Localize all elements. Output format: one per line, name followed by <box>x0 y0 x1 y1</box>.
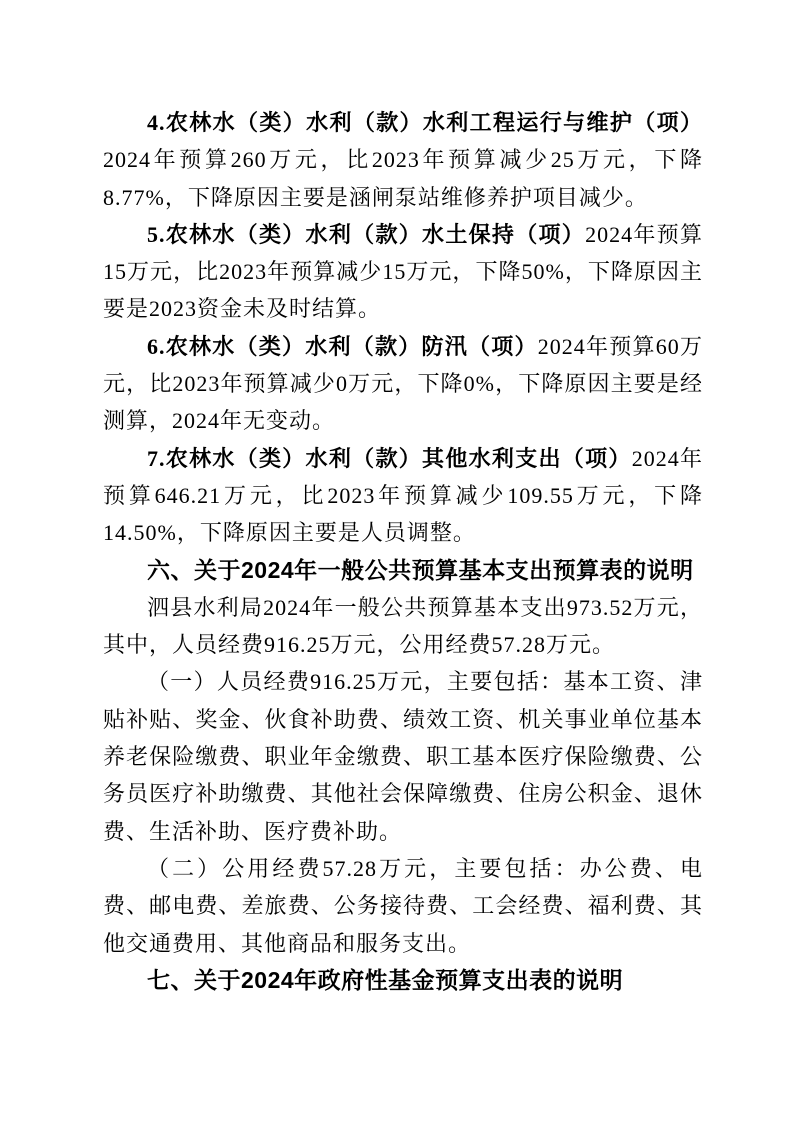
item-7-lead: 7.农林水（类）水利（款）其他水利支出（项） <box>147 446 632 471</box>
paragraph-public-funds: （二）公用经费57.28万元，主要包括：办公费、电费、邮电费、差旅费、公务接待费… <box>103 850 703 962</box>
document-page: 4.农林水（类）水利（款）水利工程运行与维护（项）2024年预算260万元，比2… <box>0 0 793 1122</box>
item-4-body: 2024年预算260万元，比2023年预算减少25万元，下降8.77%，下降原因… <box>103 147 703 209</box>
item-5-lead: 5.农林水（类）水利（款）水土保持（项） <box>147 222 585 247</box>
section-heading-six: 六、关于2024年一般公共预算基本支出预算表的说明 <box>103 552 703 589</box>
paragraph-basic-expenditure: 泗县水利局2024年一般公共预算基本支出973.52万元，其中，人员经费916.… <box>103 589 703 664</box>
item-4-lead: 4.农林水（类）水利（款）水利工程运行与维护（项） <box>147 110 703 135</box>
paragraph-item-5: 5.农林水（类）水利（款）水土保持（项）2024年预算15万元，比2023年预算… <box>103 216 703 328</box>
paragraph-item-4: 4.农林水（类）水利（款）水利工程运行与维护（项）2024年预算260万元，比2… <box>103 104 703 216</box>
paragraph-personnel-funds: （一）人员经费916.25万元，主要包括：基本工资、津贴补贴、奖金、伙食补助费、… <box>103 663 703 849</box>
paragraph-item-7: 7.农林水（类）水利（款）其他水利支出（项）2024年预算646.21万元，比2… <box>103 440 703 552</box>
item-6-lead: 6.农林水（类）水利（款）防汛（项） <box>147 334 538 359</box>
paragraph-item-6: 6.农林水（类）水利（款）防汛（项）2024年预算60万元，比2023年预算减少… <box>103 328 703 440</box>
section-heading-seven: 七、关于2024年政府性基金预算支出表的说明 <box>103 962 703 999</box>
